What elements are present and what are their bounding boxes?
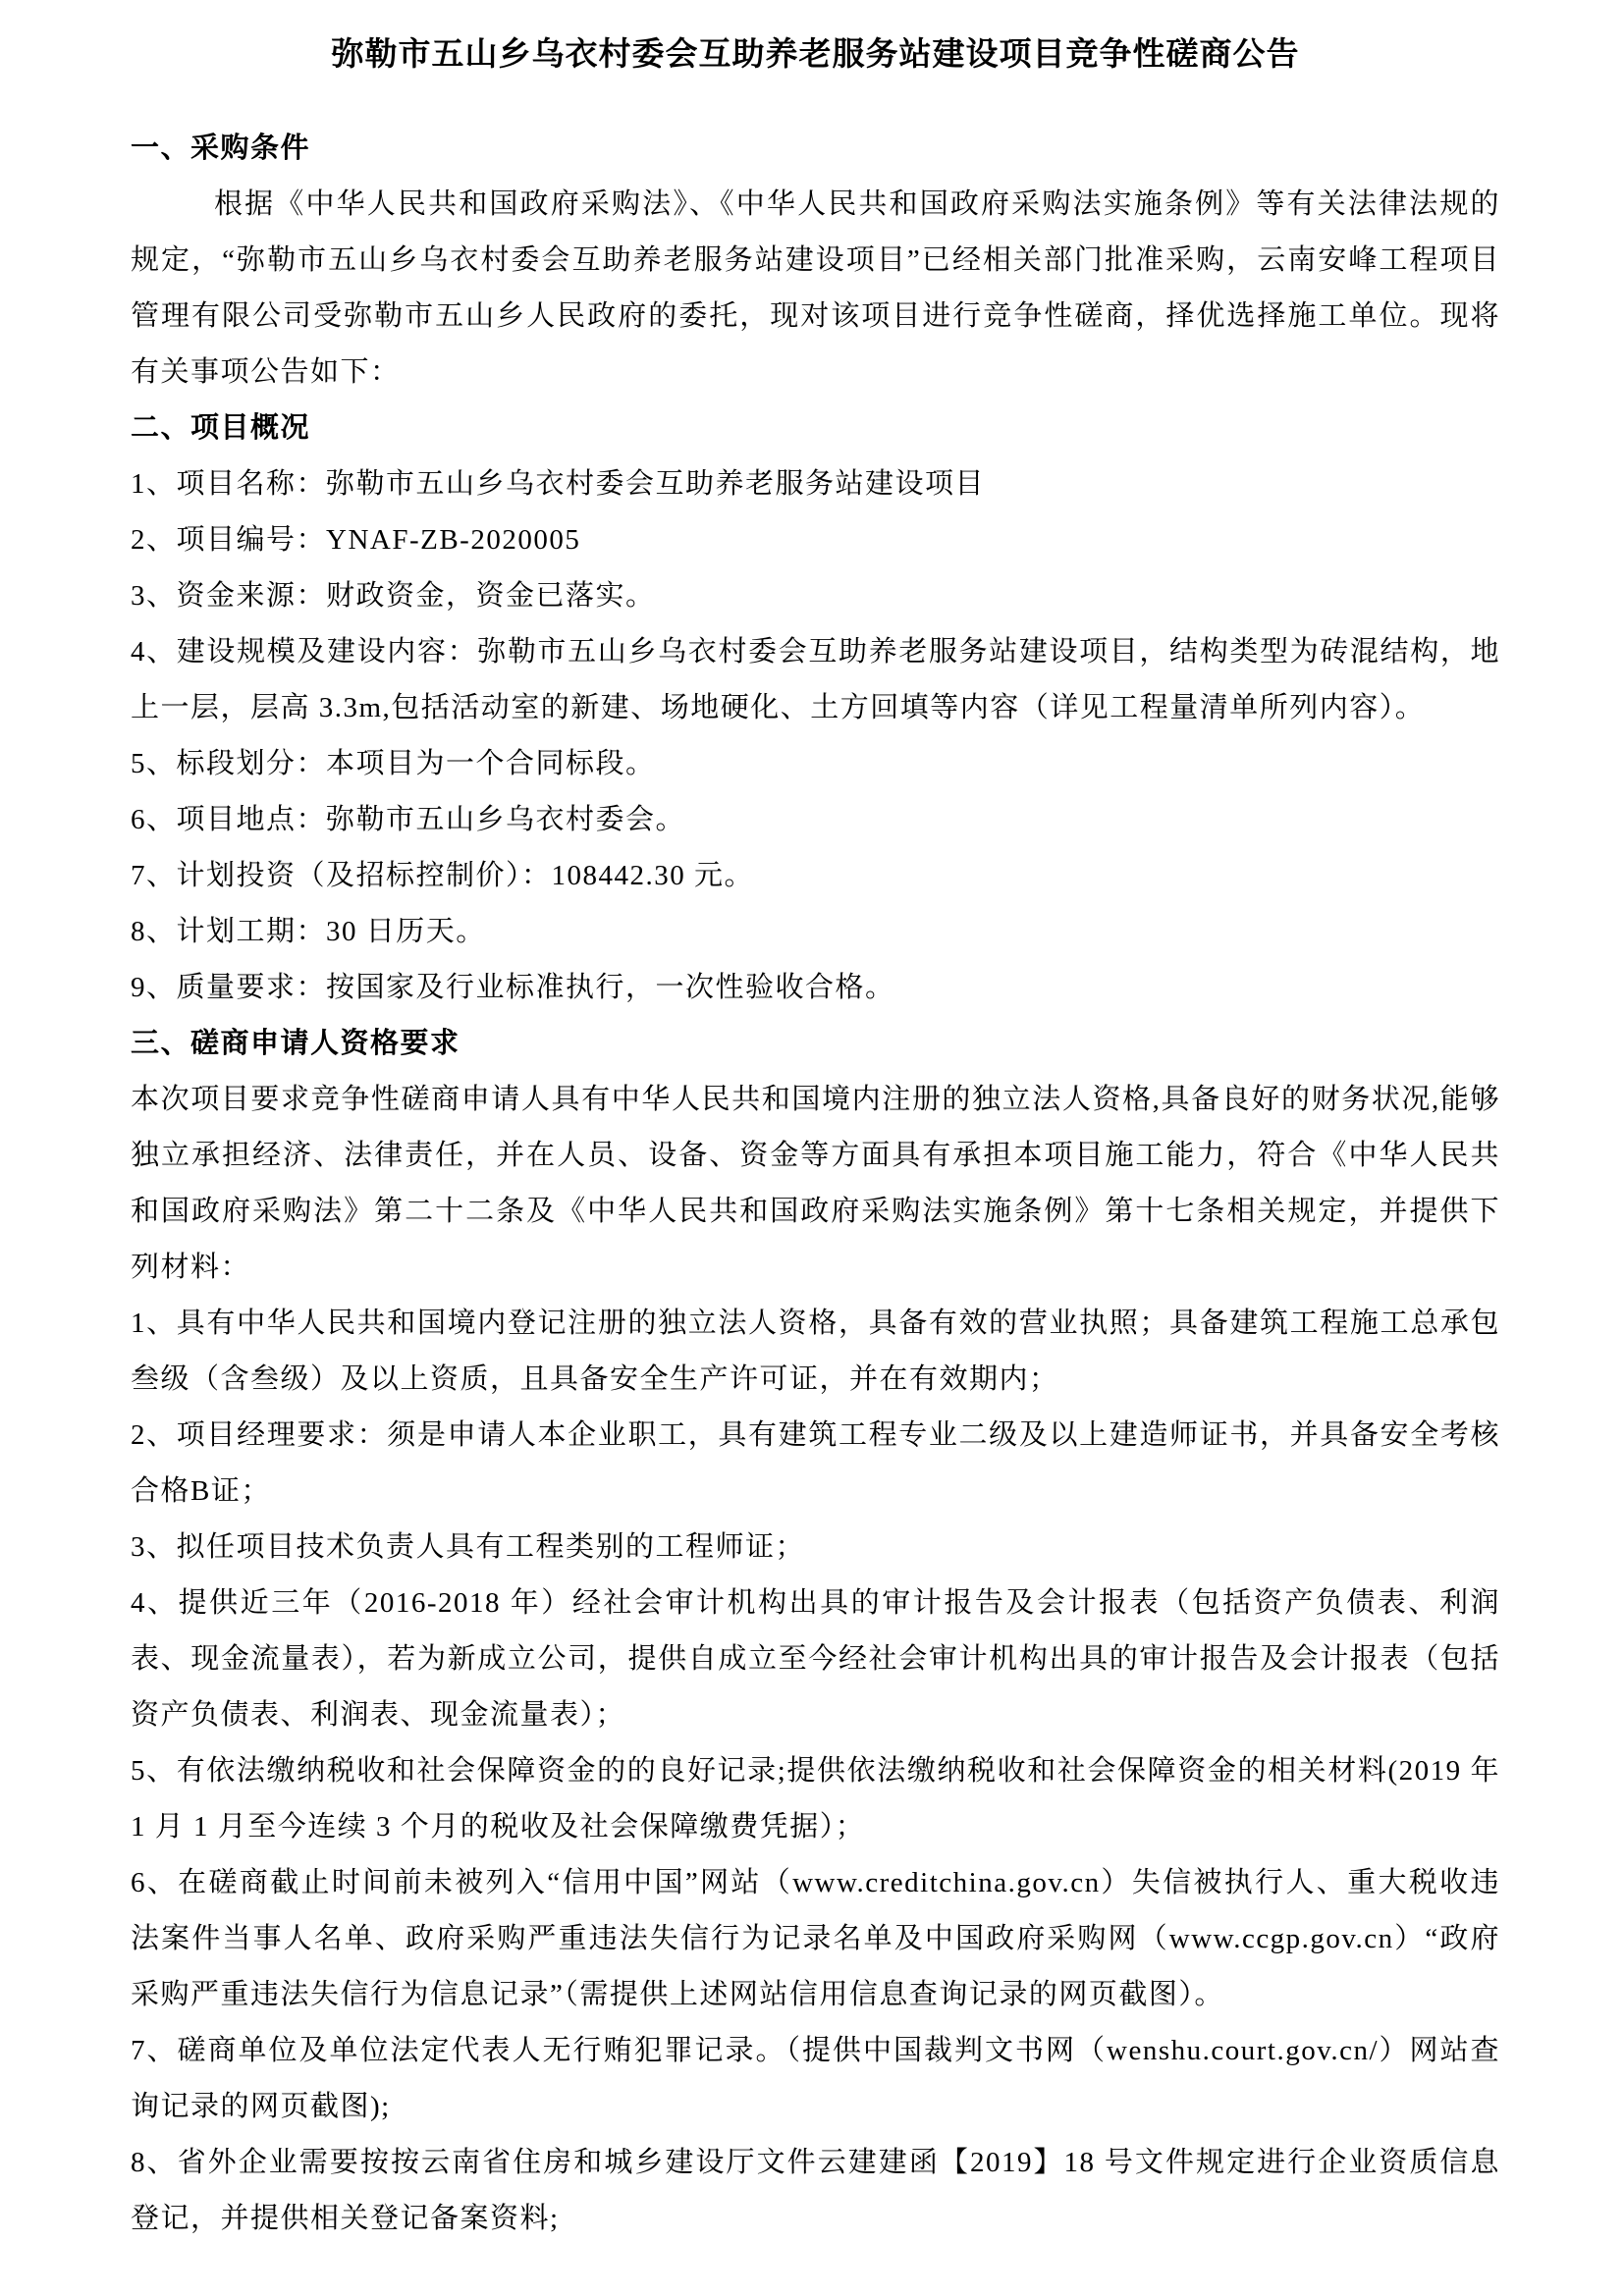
section2-item-4: 4、建设规模及建设内容：弥勒市五山乡乌衣村委会互助养老服务站建设项目，结构类型为… — [131, 624, 1500, 736]
document-title: 弥勒市五山乡乌衣村委会互助养老服务站建设项目竞争性磋商公告 — [131, 33, 1500, 76]
section3-item-7: 7、磋商单位及单位法定代表人无行贿犯罪记录。（提供中国裁判文书网（wenshu.… — [131, 2023, 1500, 2135]
section2-item-6: 6、项目地点：弥勒市五山乡乌衣村委会。 — [131, 792, 1500, 848]
section1-paragraph: 根据《中华人民共和国政府采购法》、《中华人民共和国政府采购法实施条例》等有关法律… — [131, 177, 1500, 400]
section3-item-6: 6、在磋商截止时间前未被列入“信用中国”网站（www.creditchina.g… — [131, 1855, 1500, 2023]
section2-item-5: 5、标段划分：本项目为一个合同标段。 — [131, 736, 1500, 792]
section2-item-9: 9、质量要求：按国家及行业标准执行，一次性验收合格。 — [131, 960, 1500, 1016]
section3-item-4: 4、提供近三年（2016-2018 年）经社会审计机构出具的审计报告及会计报表（… — [131, 1575, 1500, 1743]
section2-item-3: 3、资金来源：财政资金，资金已落实。 — [131, 568, 1500, 624]
section2-heading: 二、项目概况 — [131, 400, 1500, 456]
section3-item-3: 3、拟任项目技术负责人具有工程类别的工程师证； — [131, 1520, 1500, 1575]
section3-item-8: 8、省外企业需要按按云南省住房和城乡建设厅文件云建建函【2019】18 号文件规… — [131, 2135, 1500, 2247]
section3-item-5: 5、有依法缴纳税收和社会保障资金的的良好记录;提供依法缴纳税收和社会保障资金的相… — [131, 1743, 1500, 1855]
section2-item-7: 7、计划投资（及招标控制价）：108442.30 元。 — [131, 848, 1500, 904]
section2-item-1: 1、项目名称：弥勒市五山乡乌衣村委会互助养老服务站建设项目 — [131, 456, 1500, 512]
document-page: 弥勒市五山乡乌衣村委会互助养老服务站建设项目竞争性磋商公告 一、采购条件 根据《… — [0, 0, 1624, 2296]
section2-item-2: 2、项目编号：YNAF-ZB-2020005 — [131, 512, 1500, 568]
section3-heading: 三、磋商申请人资格要求 — [131, 1016, 1500, 1072]
section3-item-1: 1、具有中华人民共和国境内登记注册的独立法人资格，具备有效的营业执照；具备建筑工… — [131, 1296, 1500, 1408]
section3-item-2: 2、项目经理要求：须是申请人本企业职工，具有建筑工程专业二级及以上建造师证书，并… — [131, 1408, 1500, 1520]
section3-intro: 本次项目要求竞争性磋商申请人具有中华人民共和国境内注册的独立法人资格,具备良好的… — [131, 1072, 1500, 1296]
section1-heading: 一、采购条件 — [131, 121, 1500, 177]
section2-item-8: 8、计划工期：30 日历天。 — [131, 904, 1500, 960]
